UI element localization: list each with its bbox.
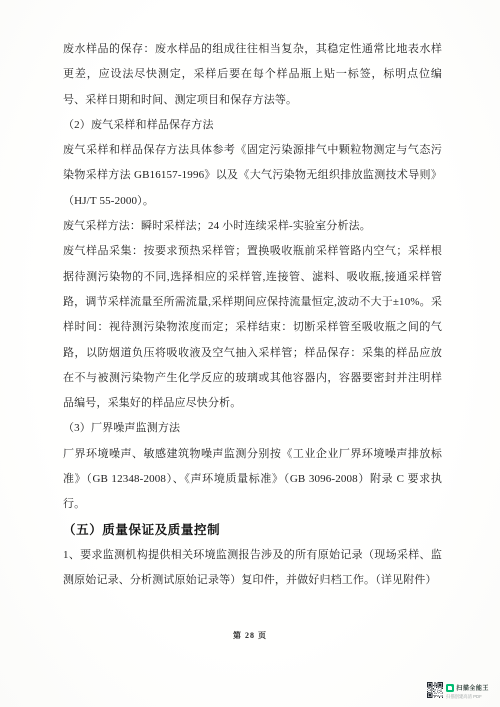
watermark-text-block: 扫描全能王 扫描创建高清 PDF: [446, 682, 496, 702]
paragraph-quality-requirement-1: 1、要求监测机构提供相关环境监测报告涉及的所有原始记录（现场采样、监测原始记录、…: [63, 543, 442, 594]
scanned-document-page: 废水样品的保存：废水样品的组成往往相当复杂，其稳定性通常比地表水样更差，应设法尽…: [0, 0, 500, 707]
paragraph-wastewater-sample-storage: 废水样品的保存：废水样品的组成往往相当复杂，其稳定性通常比地表水样更差，应设法尽…: [63, 37, 442, 113]
page-number: 第 28 页: [0, 630, 500, 641]
paragraph-boundary-noise-title: （3）厂界噪声监测方法: [63, 416, 442, 441]
qr-code-icon: [427, 682, 443, 698]
scanner-app-watermark: 扫描全能王 扫描创建高清 PDF: [427, 682, 496, 702]
paragraph-boundary-noise-standards: 厂界环境噪声、敏感建筑物噪声监测分别按《工业企业厂界环境噪声排放标准》（GB 1…: [63, 442, 442, 518]
paragraph-waste-gas-method-title: （2）废气采样和样品保存方法: [63, 113, 442, 138]
watermark-app-name: 扫描全能王: [456, 683, 489, 692]
document-body: 废水样品的保存：废水样品的组成往往相当复杂，其稳定性通常比地表水样更差，应设法尽…: [63, 37, 442, 594]
paragraph-waste-gas-standards: 废气采样和样品保存方法具体参考《固定污染源排气中颗粒物测定与气态污染物采样方法 …: [63, 138, 442, 214]
paragraph-waste-gas-sample-collection: 废气样品采集：按要求预热采样管；置换吸收瓶前采样管路内空气；采样根据待测污染物的…: [63, 239, 442, 416]
paragraph-waste-gas-sampling-method: 废气采样方法：瞬时采样法；24 小时连续采样-实验室分析法。: [63, 214, 442, 239]
watermark-tagline: 扫描创建高清 PDF: [446, 693, 482, 699]
camscanner-logo-icon: [446, 684, 454, 692]
section-heading-quality-assurance: （五）质量保证及质量控制: [63, 518, 442, 543]
